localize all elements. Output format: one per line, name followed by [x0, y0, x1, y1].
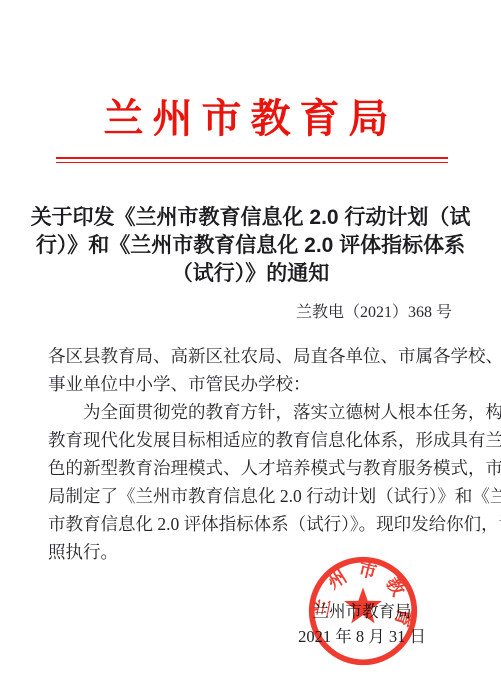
body-paragraph-line: 为全面贯彻党的教育方针，落实立德树人根本任务，构建与 — [48, 398, 492, 426]
document-title-line: 行）》和《兰州市教育信息化 2.0 评体指标体系 — [0, 232, 501, 260]
letterhead-divider-line — [56, 157, 448, 163]
document-title-line: 关于印发《兰州市教育信息化 2.0 行动计划（试 — [0, 204, 501, 232]
document-reference-number: 兰教电（2021）368 号 — [296, 303, 452, 323]
addressee-line: 事业单位中小学、市管民办学校： — [48, 370, 492, 398]
body-paragraph-line: 照执行。 — [48, 538, 492, 566]
body-paragraph-line: 教育现代化发展目标相适应的教育信息化体系，形成具有兰州特 — [48, 426, 492, 454]
document-title-line: （试行）》的通知 — [0, 260, 501, 288]
addressee-line: 各区县教育局、高新区社农局、局直各单位、市属各学校、 各 — [48, 342, 492, 370]
document-page: 兰州市教育局 关于印发《兰州市教育信息化 2.0 行动计划（试 行）》和《兰州市… — [0, 0, 501, 699]
official-seal-stamp: 兰州市教育局 — [306, 554, 420, 668]
star-icon — [344, 587, 382, 623]
body-paragraph-line: 市教育信息化 2.0 评体指标体系（试行）》。现印发给你们，请参 — [48, 510, 492, 538]
document-body: 各区县教育局、高新区社农局、局直各单位、市属各学校、 各 事业单位中小学、市管民… — [48, 342, 492, 566]
issuing-org-letterhead: 兰州市教育局 — [0, 97, 501, 141]
document-title: 关于印发《兰州市教育信息化 2.0 行动计划（试 行）》和《兰州市教育信息化 2… — [0, 204, 501, 288]
body-paragraph-line: 局制定了《兰州市教育信息化 2.0 行动计划（试行）》和《兰州 — [48, 482, 492, 510]
body-paragraph-line: 色的新型教育治理模式、人才培养模式与教育服务模式，市教育 — [48, 454, 492, 482]
